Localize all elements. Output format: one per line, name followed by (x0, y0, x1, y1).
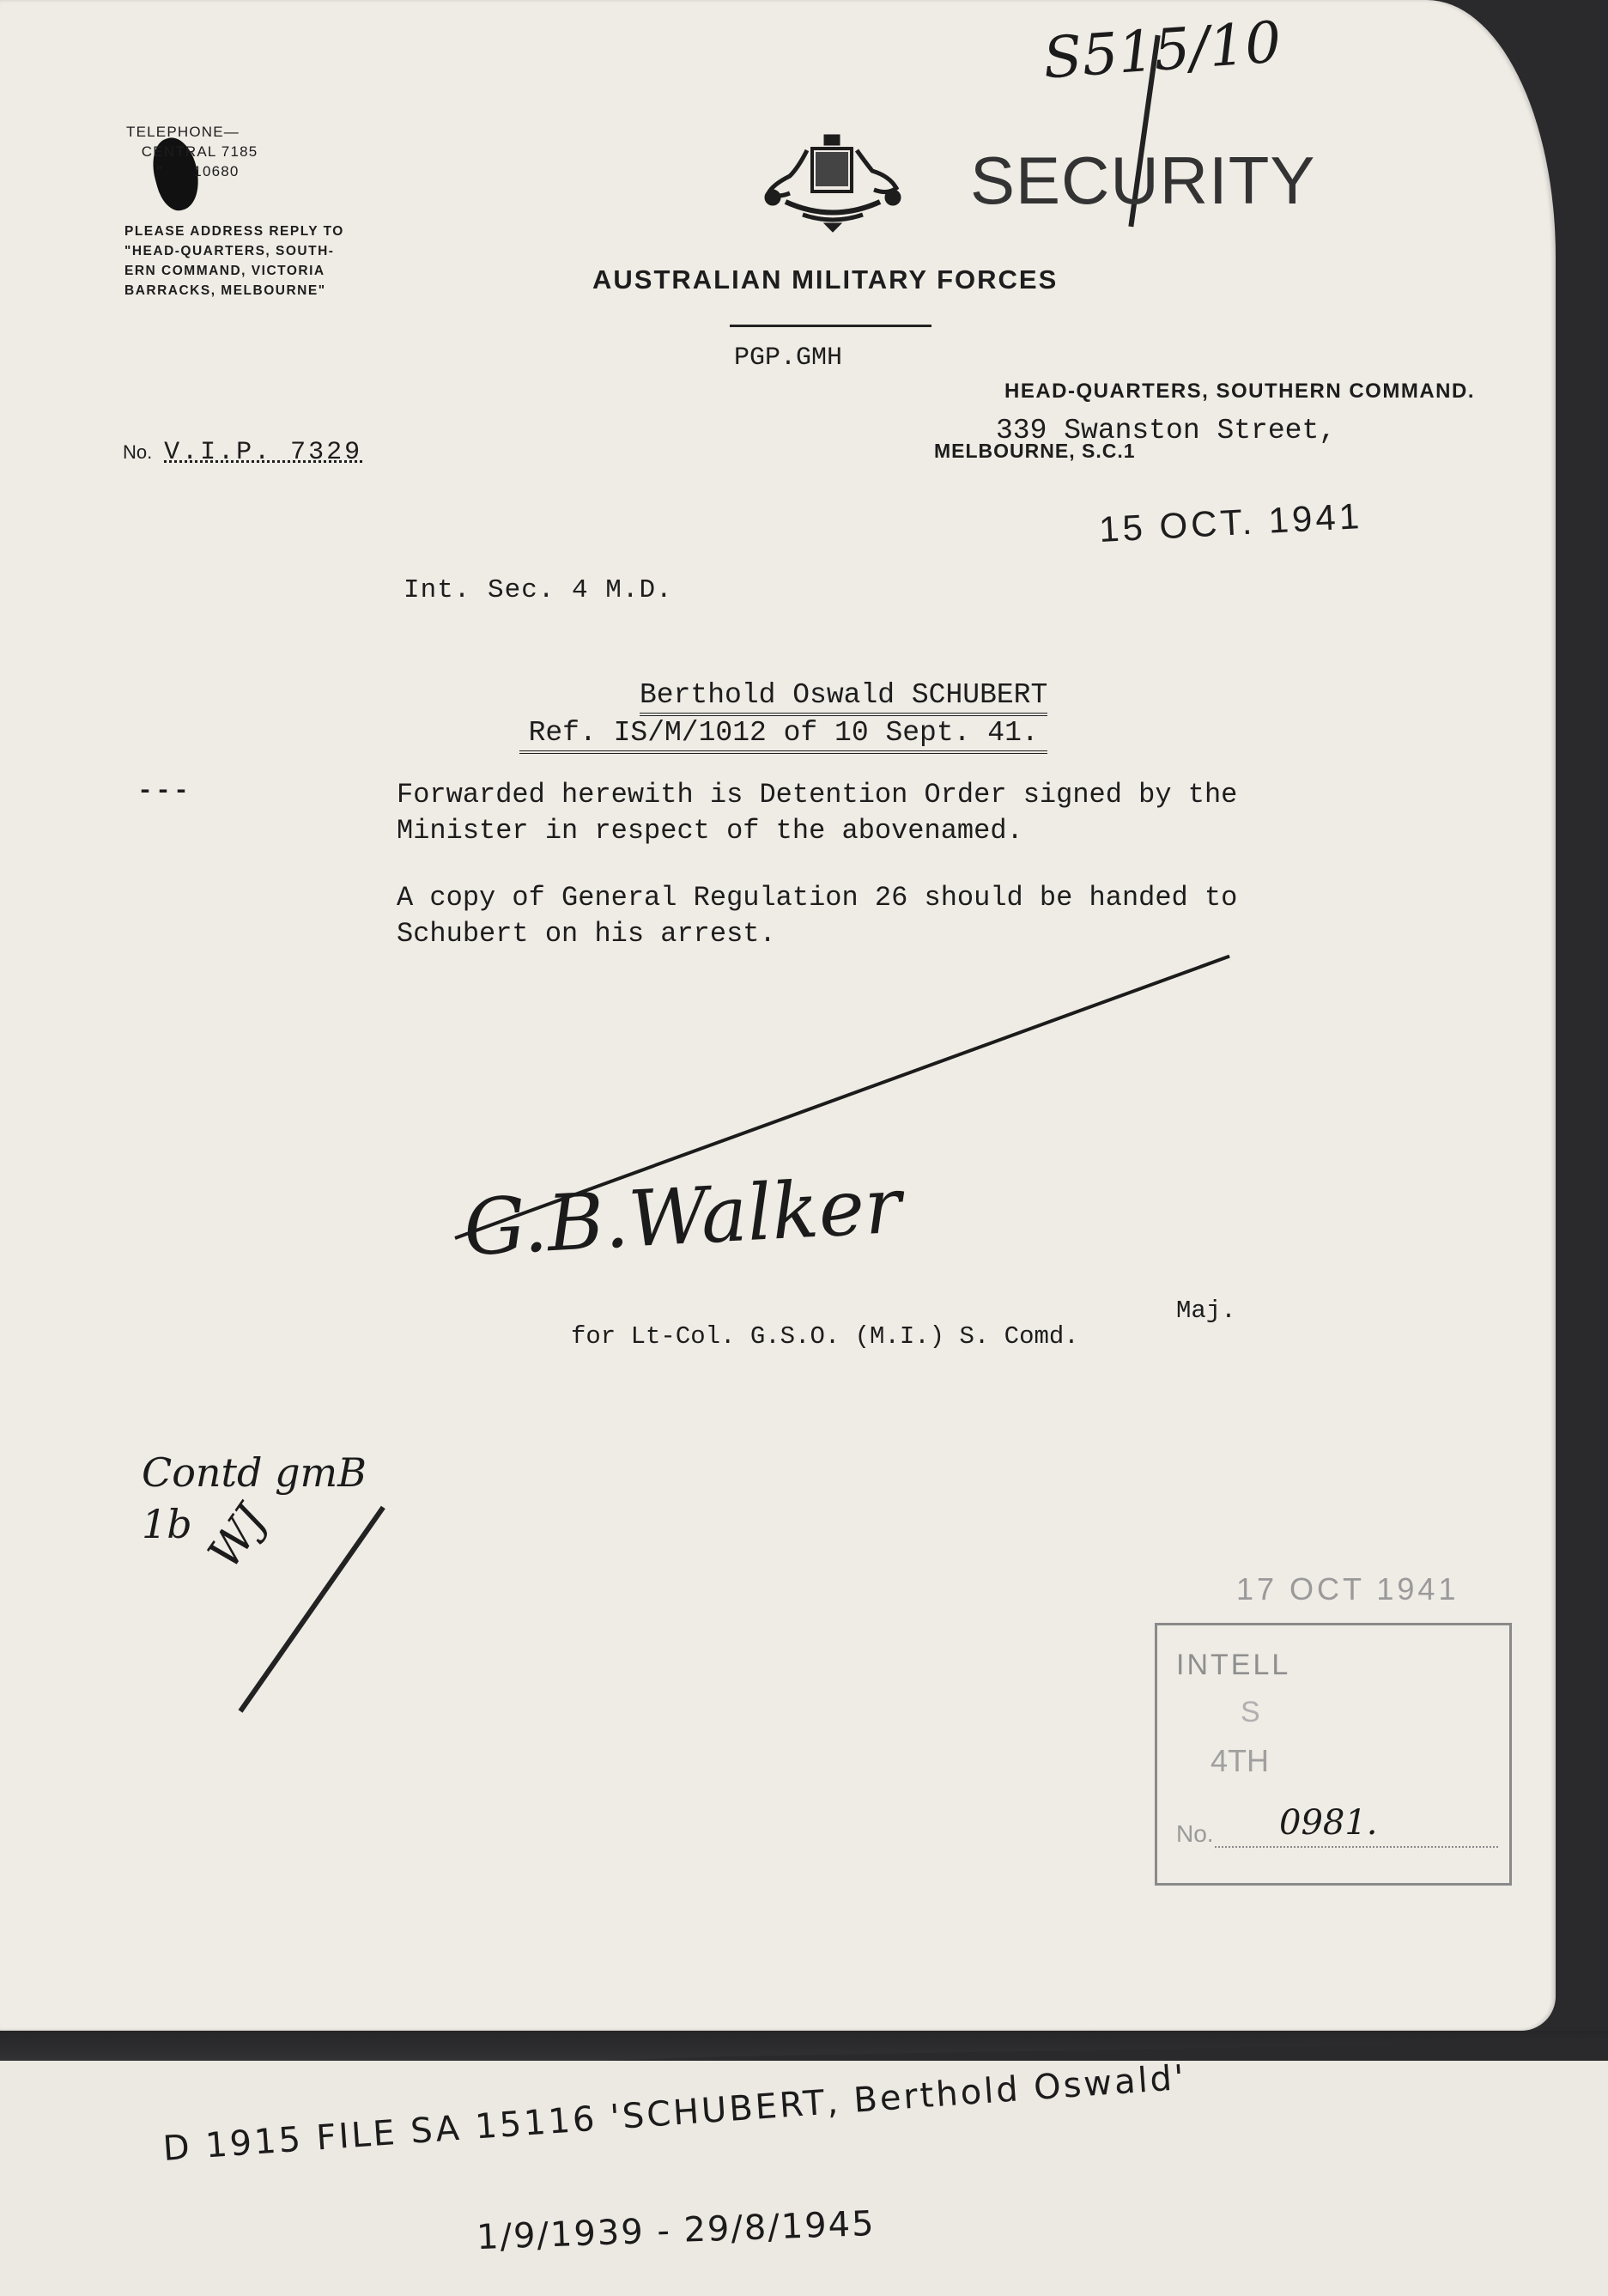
received-number-label: No. (1176, 1820, 1214, 1848)
received-date-stamp: 17 OCT 1941 (1236, 1571, 1459, 1607)
australian-coat-of-arms-icon (755, 133, 910, 236)
city-address: MELBOURNE, S.C.1 (934, 440, 1136, 463)
organization-title: AUSTRALIAN MILITARY FORCES (592, 264, 1058, 295)
reference-number: No. V.I.P. 7329 (123, 438, 362, 467)
telephone-line: TELEPHONE— (126, 122, 258, 142)
telephone-line: " 10680 (126, 161, 258, 181)
typist-reference: PGP.GMH (734, 343, 842, 373)
received-stamp-line: 4TH (1211, 1743, 1269, 1779)
reply-line: BARRACKS, MELBOURNE" (124, 281, 344, 301)
reply-line: PLEASE ADDRESS REPLY TO (124, 222, 344, 241)
telephone-block: TELEPHONE— CENTRAL 7185 " 10680 (126, 122, 258, 181)
telephone-line: CENTRAL 7185 (126, 142, 258, 161)
subject-block: Berthold Oswald SCHUBERT Ref. IS/M/1012 … (519, 678, 1047, 754)
reply-line: ERN COMMAND, VICTORIA (124, 261, 344, 281)
received-stamp-line: S (1241, 1696, 1260, 1729)
reference-value: V.I.P. 7329 (164, 438, 362, 467)
reply-instructions: PLEASE ADDRESS REPLY TO "HEAD-QUARTERS, … (124, 222, 344, 301)
title-rule (730, 325, 931, 327)
signatory-title: for Lt-Col. G.S.O. (M.I.) S. Comd. (571, 1322, 1079, 1351)
handwritten-note-line: Contd gmB (142, 1447, 367, 1498)
hq-address: HEAD-QUARTERS, SOUTHERN COMMAND. (1004, 380, 1475, 404)
received-stamp-line: INTELL (1176, 1649, 1290, 1682)
reference-label: No. (123, 441, 152, 463)
security-stamp: SECURITY (970, 142, 1315, 220)
received-number-value: 0981. (1279, 1803, 1378, 1843)
body-paragraph: Forwarded herewith is Detention Order si… (397, 777, 1358, 849)
subject-name: Berthold Oswald SCHUBERT (640, 678, 1047, 716)
addressee: Int. Sec. 4 M.D. (404, 575, 673, 605)
body-paragraph: A copy of General Regulation 26 should b… (397, 880, 1384, 952)
subject-ref: Ref. IS/M/1012 of 10 Sept. 41. (519, 716, 1047, 754)
received-number-line (1215, 1846, 1498, 1848)
reply-line: "HEAD-QUARTERS, SOUTH- (124, 241, 344, 261)
margin-mark: --- (137, 777, 191, 806)
signatory-rank: Maj. (1176, 1297, 1236, 1325)
